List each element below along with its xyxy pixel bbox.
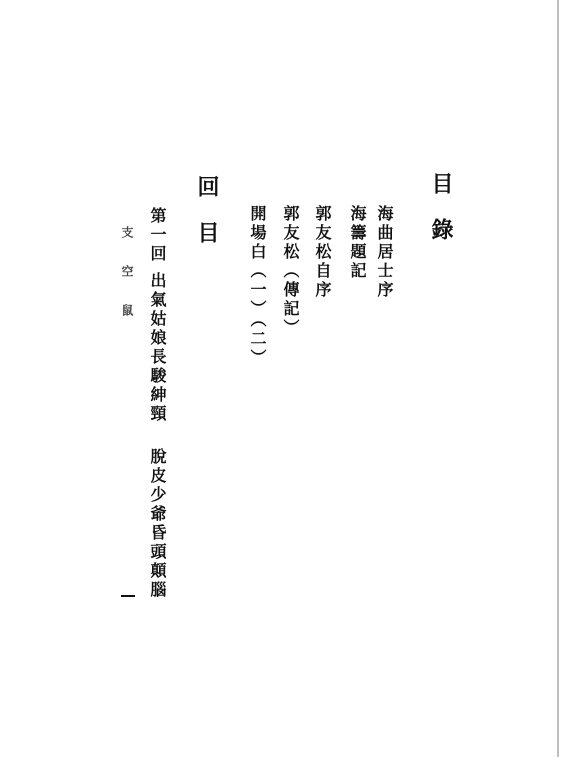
page-edge-line: [557, 0, 559, 757]
contents-entry: 開場白（一）（二）: [249, 205, 265, 368]
contents-entry: 海曲居士序: [376, 205, 392, 300]
chapter-number: 第一回: [149, 207, 165, 264]
chapter-title-line1: 出氣姑娘長駿紳頸: [149, 272, 165, 424]
contents-entry: 郭友松自序: [314, 205, 330, 300]
contents-entry: 海籌題記: [349, 205, 365, 281]
chapter-title-line2: 脫皮少爺昏頭顛腦: [149, 448, 165, 600]
contents-entry: 郭友松（傳記）: [282, 205, 298, 338]
chapters-heading: 回目: [196, 175, 218, 267]
contents-heading: 目錄: [430, 172, 452, 264]
page-number: [121, 595, 135, 597]
margin-marks: 支空鼠: [121, 226, 133, 343]
